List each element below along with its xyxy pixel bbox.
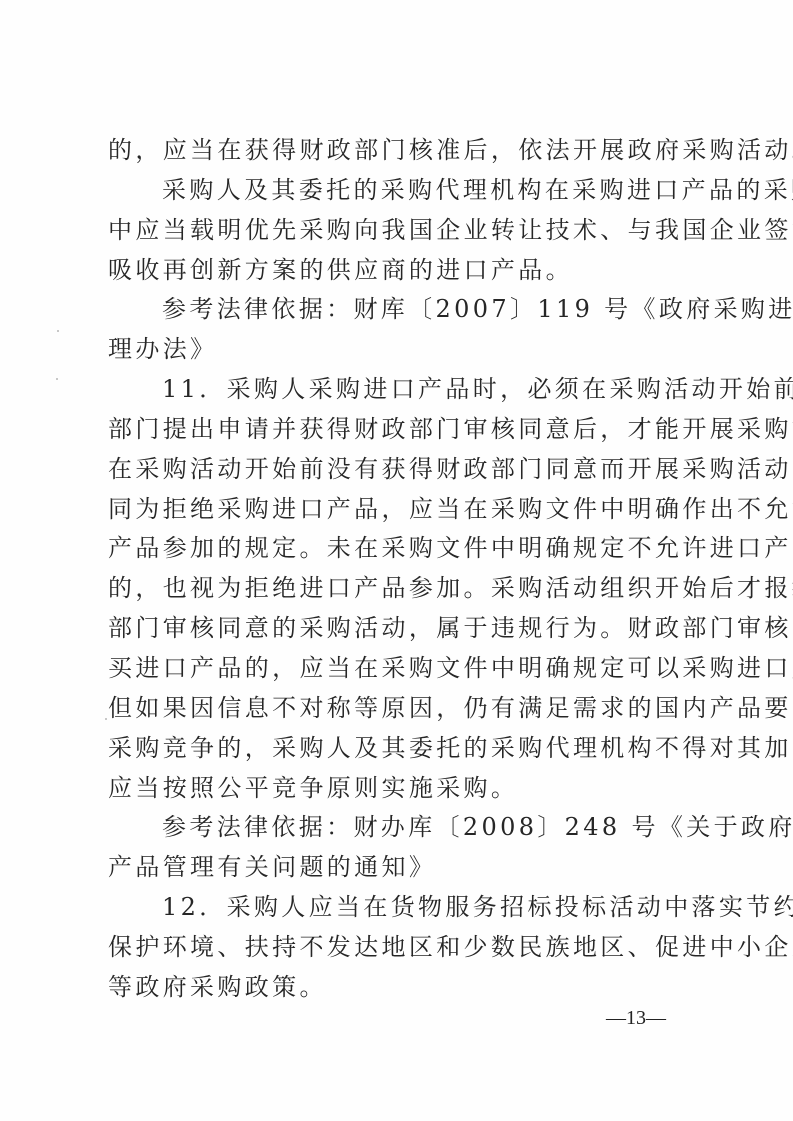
- text-line: 的，应当在获得财政部门核准后，依法开展政府采购活动。: [108, 131, 716, 171]
- text-line: 在采购活动开始前没有获得财政部门同意而开展采购活动的，视: [108, 450, 716, 490]
- clause-12-heading-line: 12．采购人应当在货物服务招标投标活动中落实节约能源、: [108, 888, 716, 928]
- legal-reference-line: 产品管理有关问题的通知》: [108, 848, 716, 888]
- page-number: —13—: [606, 1007, 666, 1030]
- text-line: 中应当载明优先采购向我国企业转让技术、与我国企业签订消化: [108, 211, 716, 251]
- text-line: 采购竞争的，采购人及其委托的采购代理机构不得对其加以限制，: [108, 729, 716, 769]
- scan-artifact: [56, 378, 58, 380]
- text-line: 等政府采购政策。: [108, 968, 716, 1008]
- text-line: 保护环境、扶持不发达地区和少数民族地区、促进中小企业发展: [108, 928, 716, 968]
- text-line: 应当按照公平竞争原则实施采购。: [108, 769, 716, 809]
- legal-reference-line: 理办法》: [108, 330, 716, 370]
- scan-artifact: [105, 718, 107, 720]
- legal-reference-line: 参考法律依据：财库〔2007〕119 号《政府采购进口产品管: [108, 290, 716, 330]
- text-line: 吸收再创新方案的供应商的进口产品。: [108, 251, 716, 291]
- body-text: 的，应当在获得财政部门核准后，依法开展政府采购活动。 采购人及其委托的采购代理机…: [108, 131, 716, 1008]
- text-line: 但如果因信息不对称等原因，仍有满足需求的国内产品要求参与: [108, 689, 716, 729]
- legal-reference-line: 参考法律依据：财办库〔2008〕248 号《关于政府采购进口: [108, 808, 716, 848]
- document-page: 的，应当在获得财政部门核准后，依法开展政府采购活动。 采购人及其委托的采购代理机…: [0, 0, 793, 1121]
- text-line: 买进口产品的，应当在采购文件中明确规定可以采购进口产品，: [108, 649, 716, 689]
- clause-11-heading-line: 11．采购人采购进口产品时，必须在采购活动开始前向财政: [108, 370, 716, 410]
- text-line: 产品参加的规定。未在采购文件中明确规定不允许进口产品参加: [108, 529, 716, 569]
- text-line: 同为拒绝采购进口产品，应当在采购文件中明确作出不允许进口: [108, 490, 716, 530]
- text-line: 采购人及其委托的采购代理机构在采购进口产品的采购文件: [108, 171, 716, 211]
- scan-artifact: [57, 330, 59, 332]
- text-line: 部门审核同意的采购活动，属于违规行为。财政部门审核同意购: [108, 609, 716, 649]
- text-line: 部门提出申请并获得财政部门审核同意后，才能开展采购活动。: [108, 410, 716, 450]
- text-line: 的，也视为拒绝进口产品参加。采购活动组织开始后才报经财政: [108, 569, 716, 609]
